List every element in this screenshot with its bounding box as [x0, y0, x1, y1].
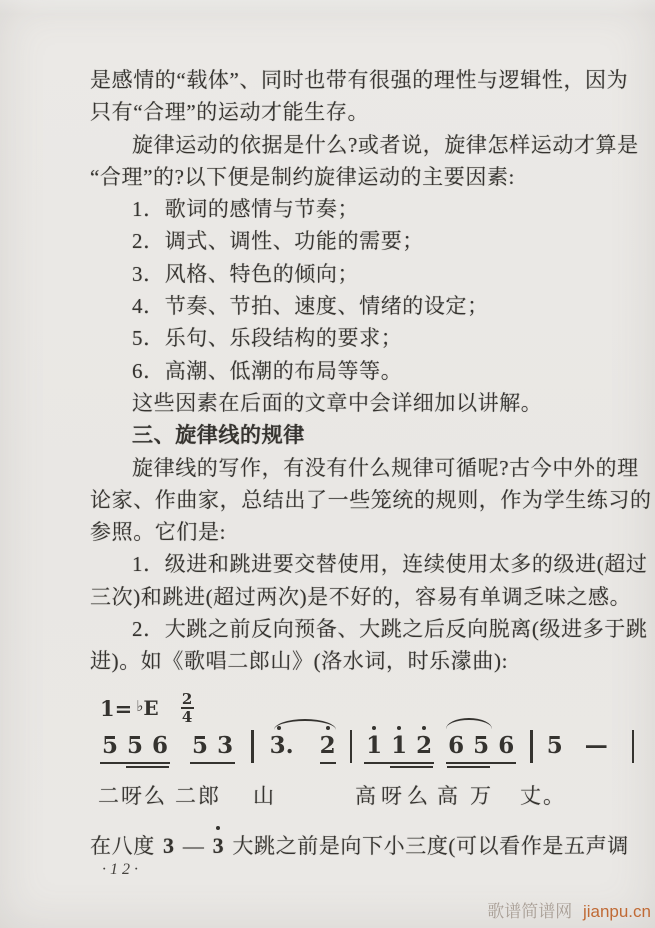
beam-group: 1 1 2	[364, 733, 434, 764]
lyric-word: 二郎	[175, 780, 221, 810]
note: 6	[152, 733, 168, 759]
note: 2	[320, 733, 336, 764]
note-value: —	[585, 732, 608, 759]
note-value: 5	[547, 732, 563, 759]
list-item-line: 1．歌词的感情与节奏；	[90, 193, 620, 225]
lyric-word: 二呀么	[98, 780, 167, 810]
text-line: 只有“合理”的运动才能生存。	[90, 96, 620, 128]
note: 5	[127, 733, 143, 759]
text-line: 这些因素在后面的文章中会详细加以讲解。	[90, 387, 620, 419]
equals-sign: =	[115, 696, 133, 721]
beam-group: 5 5 6	[100, 733, 170, 764]
lyrics-line: 二呀么 二郎 山 高呀么 高 万 丈。	[98, 780, 638, 810]
measure-2: 3. 2	[270, 733, 336, 764]
beam-group: 5 3	[190, 733, 235, 764]
text-line: 是感情的“载体”、同时也带有很强的理性与逻辑性，因为	[90, 64, 620, 96]
octave-dot-icon	[422, 726, 426, 730]
watermark-site-name: 歌谱简谱网	[487, 902, 572, 921]
text-line: 在八度 3 — 3 大跳之前是向下小三度(可以看作是五声调	[90, 830, 629, 860]
note: 3	[211, 833, 225, 859]
note: 5	[473, 733, 489, 759]
note: 1	[391, 733, 407, 759]
note: 3	[162, 833, 176, 859]
note-value: 3.	[270, 732, 294, 759]
note-value: 2	[320, 732, 336, 759]
note-value: 6	[152, 732, 168, 759]
text-line: 进)。如《歌唱二郎山》(洛水词，时乐濛曲):	[90, 645, 620, 677]
barline	[530, 730, 533, 763]
text-line: 三次)和跳进(超过两次)是不好的，容易有单调乏味之感。	[90, 581, 620, 613]
flat-sign: ♭	[136, 697, 143, 715]
lyric-word: 高	[437, 780, 460, 810]
note-value: 5	[192, 732, 208, 759]
watermark: 歌谱简谱网 jianpu.cn	[487, 897, 651, 922]
beam-group: 6 5 6	[446, 733, 516, 764]
note: 5	[102, 733, 118, 759]
barline	[350, 730, 353, 763]
time-signature: 2 4	[181, 692, 194, 724]
octave-dot-icon	[216, 826, 220, 830]
text-line: 1．级进和跳进要交替使用，连续使用太多的级进(超过	[90, 548, 620, 580]
octave-dot-icon	[326, 726, 330, 730]
note-value: 3	[163, 833, 175, 858]
note: 6	[448, 733, 464, 759]
slur-arc	[446, 718, 492, 729]
tail-text: 在八度	[90, 830, 155, 860]
sixteenth-subgroup: 1 2	[391, 733, 432, 759]
key-letter: E	[143, 696, 158, 720]
text-line: 论家、作曲家，总结出了一些笼统的规则，作为学生练习的	[90, 484, 620, 516]
note-value: 5	[127, 732, 143, 759]
note: 3.	[270, 733, 294, 764]
key-signature: 1=♭E 2 4	[100, 692, 194, 724]
list-item-line: 5．乐句、乐段结构的要求；	[90, 322, 620, 354]
note: 1	[366, 733, 382, 759]
section-heading: 三、旋律线的规律	[90, 419, 620, 451]
notation-line: 5 5 6 5 3 3. 2 1 1 2	[100, 733, 634, 764]
watermark-domain: jianpu.cn	[583, 902, 651, 921]
note: 2	[416, 733, 432, 759]
text-line: 旋律运动的依据是什么?或者说，旋律怎样运动才算是	[90, 129, 620, 161]
tonic-do: 1	[100, 696, 115, 721]
list-item-line: 2．调式、调性、功能的需要；	[90, 225, 620, 257]
tail-text: 大跳之前是向下小三度(可以看作是五声调	[232, 830, 628, 860]
note: 3	[217, 733, 233, 759]
page-number: ·12·	[102, 861, 142, 879]
text-line: 2．大跳之前反向预备、大跳之后反向脱离(级进多于跳	[90, 613, 620, 645]
barline	[632, 730, 635, 763]
note-value: 1	[366, 732, 382, 759]
note-value: 2	[416, 732, 432, 759]
note-value: 6	[448, 732, 464, 759]
scanned-book-page: 是感情的“载体”、同时也带有很强的理性与逻辑性，因为 只有“合理”的运动才能生存…	[0, 0, 655, 928]
note-value: 6	[498, 732, 514, 759]
note: 5	[547, 733, 563, 759]
text-line: 参照。它们是:	[90, 516, 620, 548]
note: 5	[192, 733, 208, 759]
dash: —	[183, 834, 205, 859]
text-line: “合理”的?以下便是制约旋律运动的主要因素:	[90, 161, 620, 193]
note: 6	[498, 733, 514, 759]
octave-dot-icon	[397, 726, 401, 730]
note-value: 5	[102, 732, 118, 759]
lyric-word: 丈。	[520, 780, 566, 810]
sixteenth-subgroup: 5 6	[127, 733, 168, 759]
text-line: 旋律线的写作，有没有什么规律可循呢?古今中外的理	[90, 452, 620, 484]
list-item-line: 4．节奏、节拍、速度、情绪的设定；	[90, 290, 620, 322]
note-value: 5	[473, 732, 489, 759]
note-value: 3	[213, 833, 225, 858]
lyric-word: 万	[470, 780, 493, 810]
sixteenth-subgroup: 6 5	[448, 733, 489, 759]
note-value: 3	[217, 732, 233, 759]
duration-dash: —	[585, 733, 608, 759]
octave-dot-icon	[372, 726, 376, 730]
note-value: 1	[391, 732, 407, 759]
list-item-line: 6．高潮、低潮的布局等等。	[90, 355, 620, 387]
barline	[251, 730, 254, 763]
beat-unit: 4	[182, 710, 192, 724]
list-item-line: 3．风格、特色的倾向；	[90, 258, 620, 290]
body-text: 是感情的“载体”、同时也带有很强的理性与逻辑性，因为 只有“合理”的运动才能生存…	[90, 64, 620, 678]
lyric-word: 山	[253, 780, 276, 810]
beats-per-bar: 2	[182, 692, 192, 706]
lyric-word: 高呀么	[355, 780, 433, 810]
